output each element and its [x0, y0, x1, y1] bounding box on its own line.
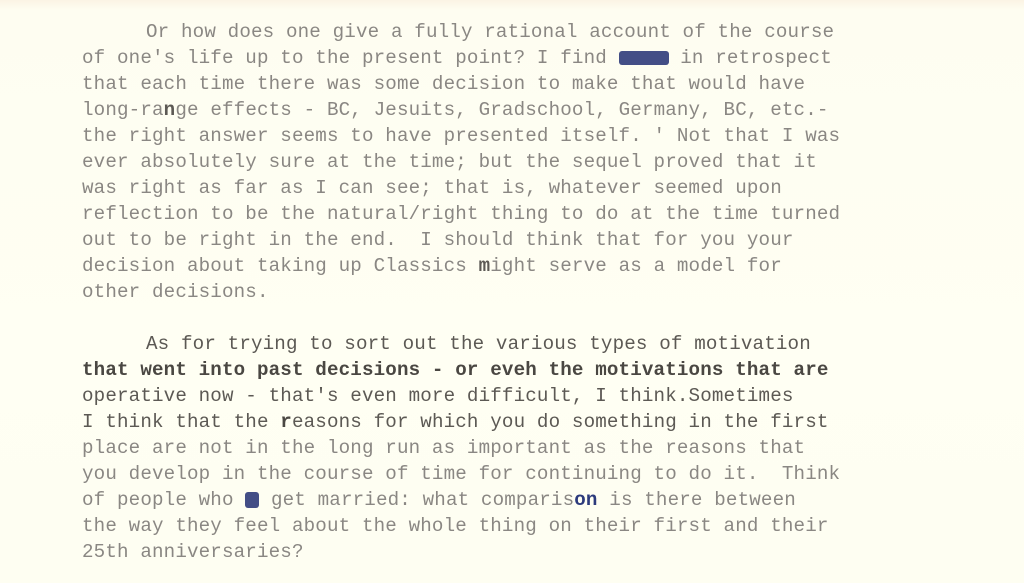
- text-line: that went into past decisions - or eveh …: [82, 357, 840, 383]
- paragraph-1: Or how does one give a fully rational ac…: [82, 19, 840, 305]
- text-line: decision about taking up Classics might …: [82, 253, 840, 279]
- overstruck-letter: n: [164, 99, 176, 121]
- text-line: long-range effects - BC, Jesuits, Gradsc…: [82, 97, 840, 123]
- text-line: of people who get married: what comparis…: [82, 487, 840, 513]
- text-line: I think that the reasons for which you d…: [82, 409, 840, 435]
- ink-strikeout-mark: [245, 492, 259, 508]
- text-line: Or how does one give a fully rational ac…: [82, 19, 840, 45]
- text-line: other decisions.: [82, 279, 840, 305]
- text-line: As for trying to sort out the various ty…: [82, 331, 840, 357]
- text-line: out to be right in the end. I should thi…: [82, 227, 840, 253]
- text-line: the way they feel about the whole thing …: [82, 513, 840, 539]
- text-line: place are not in the long run as importa…: [82, 435, 840, 461]
- text-line: was right as far as I can see; that is, …: [82, 175, 840, 201]
- overstruck-letter: m: [479, 255, 491, 277]
- text-line: 25th anniversaries?: [82, 539, 840, 565]
- text-line: that each time there was some decision t…: [82, 71, 840, 97]
- text-line: reflection to be the natural/right thing…: [82, 201, 840, 227]
- paragraph-2: As for trying to sort out the various ty…: [82, 331, 840, 565]
- text-line: you develop in the course of time for co…: [82, 461, 840, 487]
- text-line: ever absolutely sure at the time; but th…: [82, 149, 840, 175]
- letter-page: Or how does one give a fully rational ac…: [0, 0, 1024, 583]
- overstruck-letter: r: [280, 411, 292, 433]
- text-line: of one's life up to the present point? I…: [82, 45, 840, 71]
- text-line: operative now - that's even more difficu…: [82, 383, 840, 409]
- text-line: the right answer seems to have presented…: [82, 123, 840, 149]
- ink-overwritten-letters: on: [574, 489, 597, 511]
- ink-strikeout-mark: [619, 51, 669, 65]
